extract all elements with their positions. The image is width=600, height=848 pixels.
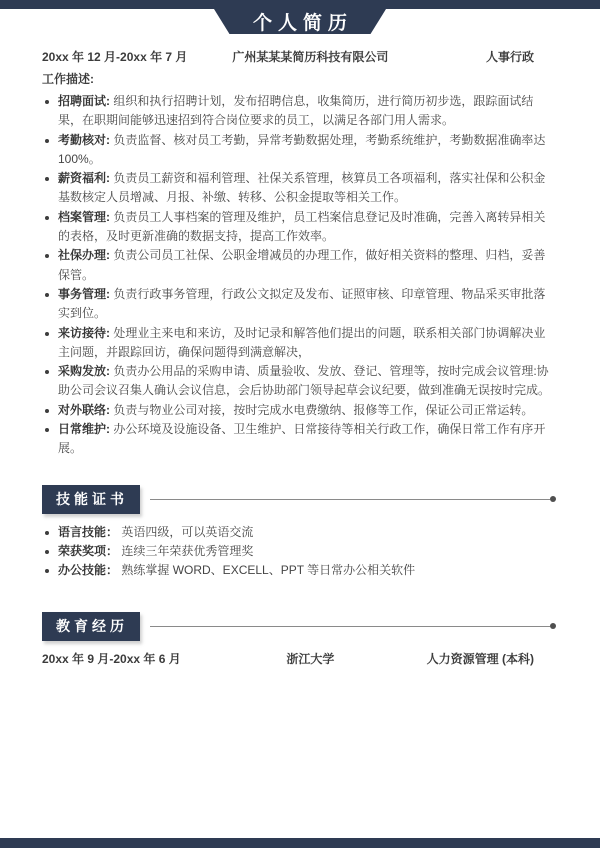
skill-text: 连续三年荣获优秀管理奖 (121, 544, 253, 558)
duty-text: 组织和执行招聘计划，发布招聘信息，收集简历，进行简历初步选，跟踪面试结果，在职期… (58, 94, 533, 127)
education-date-range: 20xx 年 9 月-20xx 年 6 月 (42, 651, 213, 668)
work-header-row: 20xx 年 12 月-20xx 年 7 月 广州某某某简历科技有限公司 人事行… (42, 49, 556, 66)
bullet-dot (45, 216, 49, 220)
bullet-dot (45, 177, 49, 181)
education-major: 人力资源管理 (本科) (407, 651, 556, 668)
duty-text: 处理业主来电和来访，及时记录和解答他们提出的问题，联系相关部门协调解决业主问题，… (58, 326, 545, 359)
page-title: 个人简历 (214, 9, 386, 34)
duty-label: 社保办理: (58, 248, 110, 262)
title-banner: 个人简历 (0, 9, 600, 34)
work-duty-item: 薪资福利: 负责员工薪资和福利管理、社保关系管理，核算员工各项福利，落实社保和公… (42, 169, 556, 208)
duty-label: 事务管理: (58, 287, 110, 301)
section-divider-line (150, 499, 550, 500)
bullet-dot (45, 531, 49, 535)
skill-item: 荣获奖项： 连续三年荣获优秀管理奖 (42, 542, 556, 561)
duty-text: 负责行政事务管理，行政公文拟定及发布、证照审核、印章管理、物品采买审批落实到位。 (58, 287, 545, 320)
work-duty-item: 日常维护: 办公环境及设施设备、卫生维护、日常接待等相关行政工作，确保日常工作有… (42, 420, 556, 459)
bottom-accent-bar (0, 838, 600, 848)
work-duty-item: 社保办理: 负责公司员工社保、公职金增减员的办理工作，做好相关资料的整理、归档，… (42, 246, 556, 285)
work-duty-item: 事务管理: 负责行政事务管理，行政公文拟定及发布、证照审核、印章管理、物品采买审… (42, 285, 556, 324)
duty-label: 档案管理: (58, 210, 110, 224)
skill-label: 荣获奖项： (58, 544, 118, 558)
education-school: 浙江大学 (213, 651, 407, 668)
skill-item: 办公技能： 熟练掌握 WORD、EXCELL、PPT 等日常办公相关软件 (42, 561, 556, 580)
skills-list: 语言技能： 英语四级，可以英语交流 荣获奖项： 连续三年荣获优秀管理奖 办公技能… (42, 523, 556, 581)
duty-label: 招聘面试: (58, 94, 110, 108)
bullet-dot (45, 139, 49, 143)
duty-text: 负责与物业公司对接，按时完成水电费缴纳、报修等工作，保证公司正常运转。 (113, 403, 533, 417)
duty-text: 负责办公用品的采购申请、质量验收、发放、登记、管理等，按时完成会议管理:协助公司… (58, 364, 550, 397)
resume-page: 个人简历 20xx 年 12 月-20xx 年 7 月 广州某某某简历科技有限公… (0, 0, 600, 668)
duty-text: 负责员工薪资和福利管理、社保关系管理，核算员工各项福利，落实社保和公积金基数核定… (58, 171, 545, 204)
duty-text: 负责员工人事档案的管理及维护，员工档案信息登记及时准确，完善入离转异相关的表格，… (58, 210, 545, 243)
work-duty-item: 考勤核对: 负责监督、核对员工考勤，异常考勤数据处理，考勤系统维护，考勤数据准确… (42, 131, 556, 170)
work-duty-item: 对外联络: 负责与物业公司对接，按时完成水电费缴纳、报修等工作，保证公司正常运转… (42, 401, 556, 420)
top-accent-bar (0, 0, 600, 9)
bullet-dot (45, 569, 49, 573)
bullet-dot (45, 370, 49, 374)
duty-text: 负责公司员工社保、公职金增减员的办理工作，做好相关资料的整理、归档，妥善保管。 (58, 248, 545, 281)
skills-section-header: 技能证书 (42, 485, 556, 514)
work-date-range: 20xx 年 12 月-20xx 年 7 月 (42, 49, 213, 66)
work-position: 人事行政 (407, 49, 556, 66)
skill-text: 熟练掌握 WORD、EXCELL、PPT 等日常办公相关软件 (121, 563, 415, 577)
bullet-dot (45, 550, 49, 554)
work-description-label: 工作描述: (42, 71, 556, 88)
duty-label: 薪资福利: (58, 171, 110, 185)
work-company: 广州某某某简历科技有限公司 (213, 49, 407, 66)
duty-label: 采购发放: (58, 364, 110, 378)
work-duty-list: 招聘面试: 组织和执行招聘计划，发布招聘信息，收集简历，进行简历初步选，跟踪面试… (42, 92, 556, 459)
duty-label: 对外联络: (58, 403, 110, 417)
section-divider-dot (550, 623, 556, 629)
work-duty-item: 来访接待: 处理业主来电和来访，及时记录和解答他们提出的问题，联系相关部门协调解… (42, 324, 556, 363)
work-duty-item: 采购发放: 负责办公用品的采购申请、质量验收、发放、登记、管理等，按时完成会议管… (42, 362, 556, 401)
bullet-dot (45, 293, 49, 297)
work-duty-item: 招聘面试: 组织和执行招聘计划，发布招聘信息，收集简历，进行简历初步选，跟踪面试… (42, 92, 556, 131)
section-divider-line (150, 626, 550, 627)
duty-label: 日常维护: (58, 422, 110, 436)
bullet-dot (45, 409, 49, 413)
section-divider-dot (550, 496, 556, 502)
duty-label: 考勤核对: (58, 133, 110, 147)
bullet-dot (45, 428, 49, 432)
bullet-dot (45, 332, 49, 336)
bullet-dot (45, 254, 49, 258)
duty-label: 来访接待: (58, 326, 110, 340)
education-row: 20xx 年 9 月-20xx 年 6 月 浙江大学 人力资源管理 (本科) (42, 651, 556, 668)
work-duty-item: 档案管理: 负责员工人事档案的管理及维护，员工档案信息登记及时准确，完善入离转异… (42, 208, 556, 247)
skill-text: 英语四级，可以英语交流 (121, 525, 253, 539)
education-section-title: 教育经历 (42, 612, 140, 641)
duty-text: 负责监督、核对员工考勤，异常考勤数据处理，考勤系统维护，考勤数据准确率达 100… (58, 133, 545, 166)
skill-label: 办公技能： (58, 563, 118, 577)
resume-content: 20xx 年 12 月-20xx 年 7 月 广州某某某简历科技有限公司 人事行… (42, 49, 556, 668)
skills-section-title: 技能证书 (42, 485, 140, 514)
duty-text: 办公环境及设施设备、卫生维护、日常接待等相关行政工作，确保日常工作有序开展。 (58, 422, 545, 455)
skill-label: 语言技能： (58, 525, 118, 539)
education-section-header: 教育经历 (42, 612, 556, 641)
bullet-dot (45, 100, 49, 104)
skill-item: 语言技能： 英语四级，可以英语交流 (42, 523, 556, 542)
